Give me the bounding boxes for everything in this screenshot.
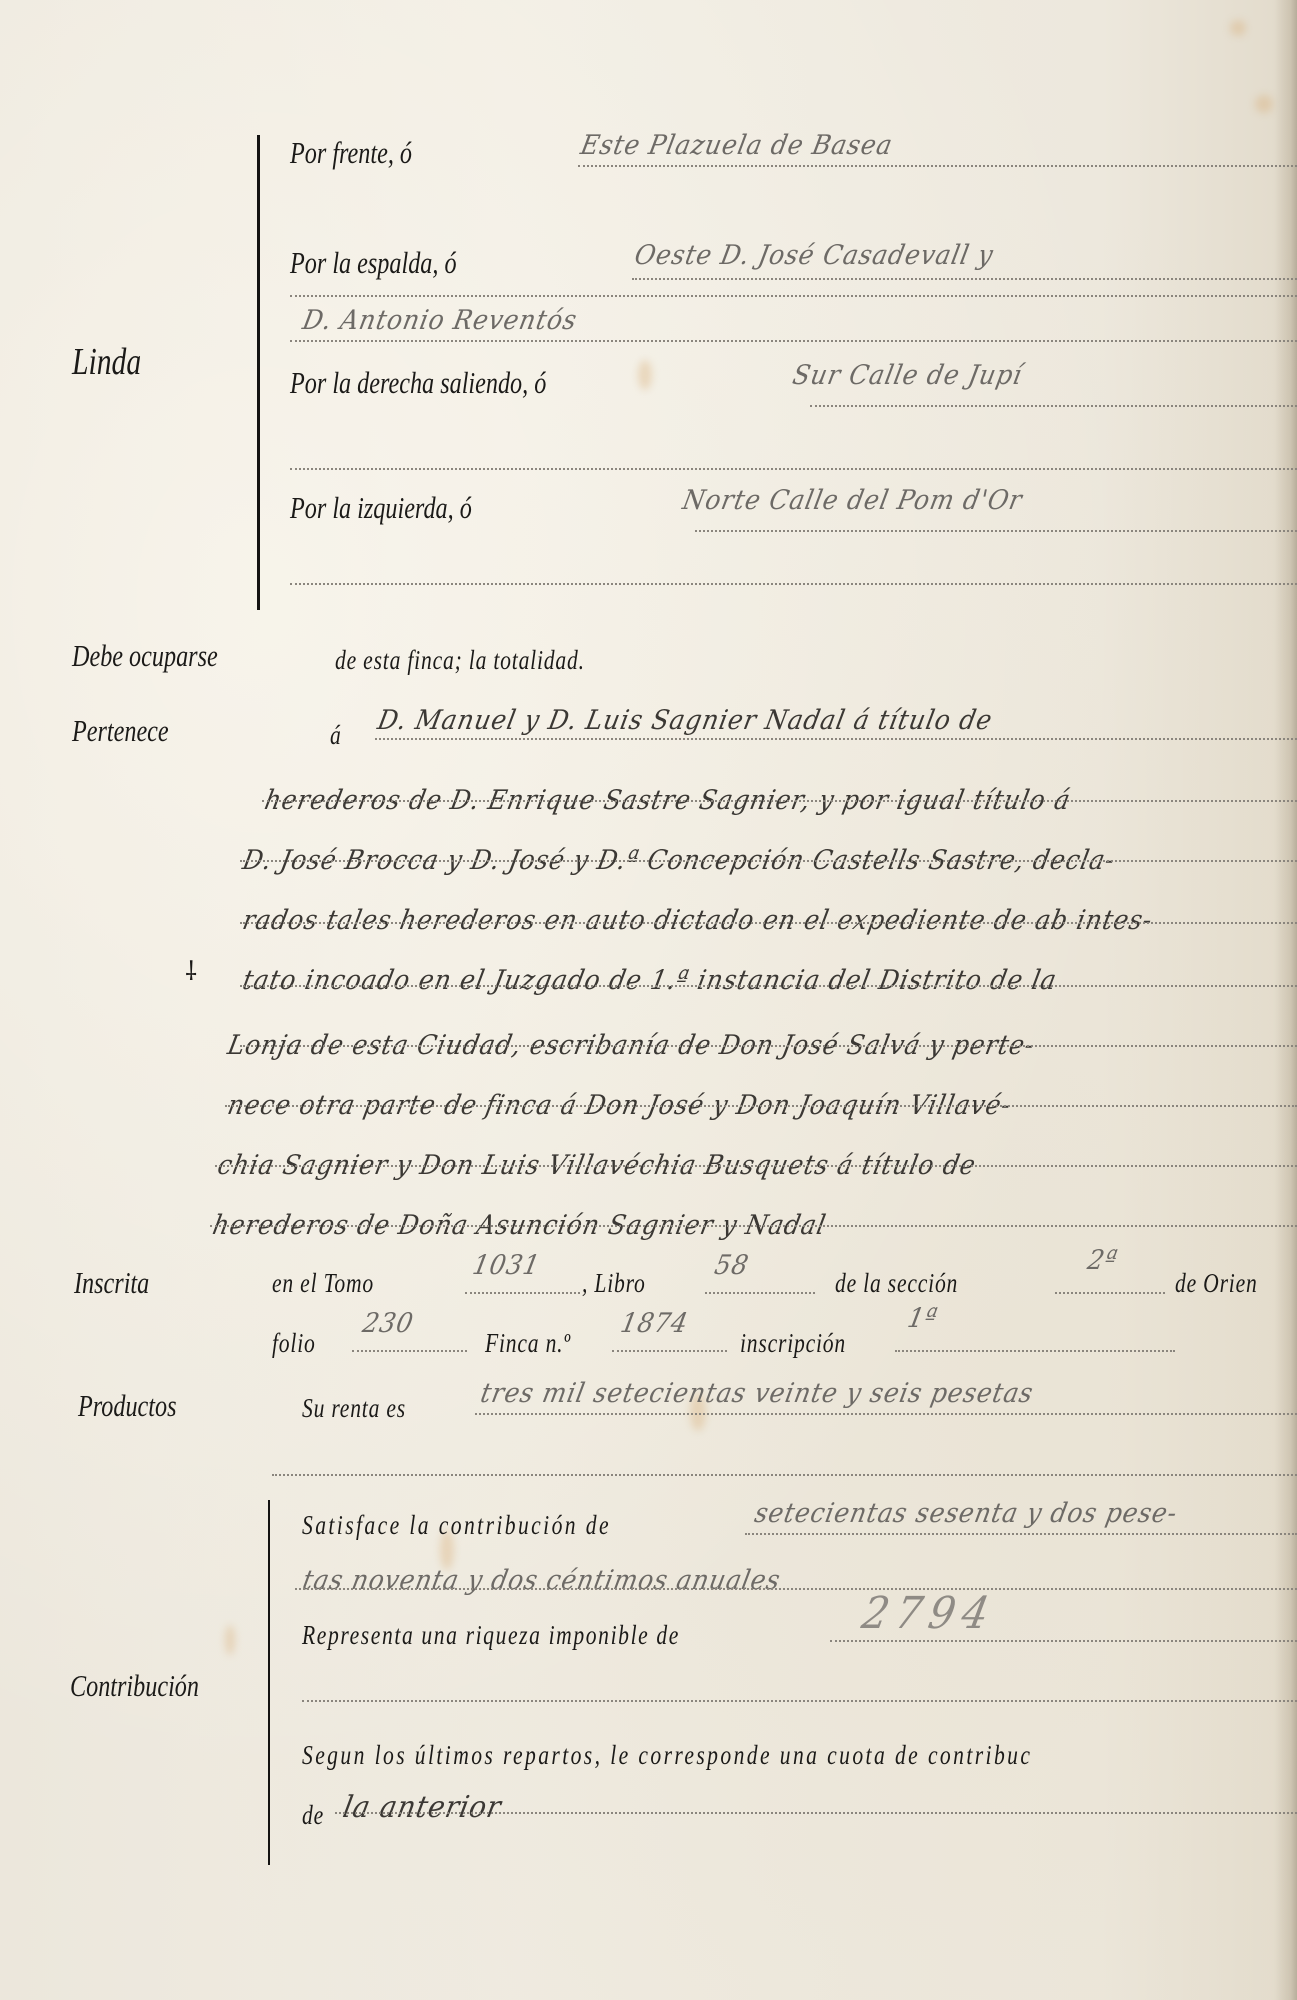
satisface-value-1: setecientas sesenta y dos pese-: [752, 1498, 1180, 1529]
inscrita-label: Inscrita: [74, 1265, 149, 1301]
satisface-value-2: tas noventa y dos céntimos anuales: [300, 1565, 783, 1596]
contribucion-blank-line: [302, 1700, 1297, 1702]
folio-line: [352, 1350, 467, 1352]
derecha-printed: Por la derecha saliendo, ó: [290, 365, 546, 401]
productos-label: Productos: [78, 1388, 177, 1424]
oriente-label: de Orien: [1175, 1268, 1258, 1299]
espalda-handwritten-2: D. Antonio Reventós: [300, 305, 580, 336]
folio-value: 230: [360, 1308, 416, 1339]
age-stain: [1230, 20, 1246, 36]
izquierda-line: [695, 530, 1297, 532]
riqueza-line: [830, 1640, 1297, 1642]
pertenece-line: tato incoado en el Juzgado de 1.ª instan…: [240, 965, 1060, 996]
productos-extra-line: [272, 1474, 1297, 1476]
satisface-line-2: [295, 1588, 1297, 1590]
izquierda-printed: Por la izquierda, ó: [290, 490, 472, 526]
pertenece-rule: [215, 1165, 1297, 1167]
finca-line: [612, 1350, 727, 1352]
izquierda-handwritten: Norte Calle del Pom d'Or: [680, 485, 1025, 516]
renta-label: Su renta es: [302, 1393, 406, 1424]
frente-line: [578, 165, 1297, 167]
debe-ocuparse-text: de esta finca; la totalidad.: [335, 645, 585, 676]
pertenece-line: rados tales herederos en auto dictado en…: [240, 905, 1155, 936]
libro-value: 58: [712, 1250, 752, 1281]
espalda-line-1: [632, 278, 1297, 280]
cuota-value: la anterior: [340, 1790, 505, 1825]
inscripcion-value: 1ª: [905, 1303, 941, 1334]
debe-ocuparse-label: Debe ocuparse: [72, 638, 218, 674]
inscripcion-line: [895, 1350, 1175, 1352]
contribucion-label: Contribución: [70, 1668, 199, 1704]
de-label: de: [302, 1800, 324, 1831]
derecha-handwritten: Sur Calle de Jupí: [790, 360, 1025, 391]
frente-printed: Por frente, ó: [290, 135, 412, 171]
age-stain: [638, 360, 652, 390]
espalda-line-2: [290, 340, 1297, 342]
renta-value: tres mil setecientas veinte y seis peset…: [478, 1378, 1036, 1409]
tomo-line: [465, 1292, 580, 1294]
margin-mark-icon: ⸸: [185, 952, 197, 988]
pertenece-rule: [210, 1225, 1297, 1227]
contribucion-brace: [268, 1500, 270, 1865]
satisface-line-1: [745, 1533, 1297, 1535]
cuota-line: [335, 1812, 1297, 1814]
derecha-line: [810, 405, 1297, 407]
libro-label: , Libro: [582, 1268, 646, 1299]
age-stain: [1255, 95, 1273, 113]
espalda-handwritten-1: Oeste D. José Casadevall y: [632, 240, 996, 271]
pertenece-rule: [262, 800, 1297, 802]
pertenece-rule: [240, 860, 1297, 862]
finca-label: Finca n.º: [485, 1328, 571, 1359]
linda-brace: [257, 135, 260, 610]
libro-line: [705, 1292, 815, 1294]
folio-label: folio: [272, 1328, 316, 1359]
seccion-line: [1055, 1292, 1165, 1294]
segun-label: Segun los últimos repartos, le correspon…: [302, 1740, 1032, 1771]
pertenece-label: Pertenece: [72, 713, 169, 749]
renta-line: [475, 1413, 1297, 1415]
pertenece-rule: [225, 1105, 1297, 1107]
riqueza-label: Representa una riqueza imponible de: [302, 1620, 680, 1651]
pertenece-prefix: á: [330, 720, 342, 751]
derecha-extra-line: [290, 468, 1297, 470]
pertenece-rule: [240, 922, 1297, 924]
frente-handwritten: Este Plazuela de Basea: [578, 130, 895, 161]
satisface-label: Satisface la contribución de: [302, 1510, 611, 1541]
seccion-value: 2ª: [1085, 1245, 1121, 1276]
riqueza-value: 2794: [858, 1588, 1000, 1639]
espalda-printed: Por la espalda, ó: [290, 245, 457, 281]
inscripcion-label: inscripción: [740, 1328, 846, 1359]
finca-value: 1874: [618, 1308, 691, 1339]
izquierda-extra-line: [290, 583, 1297, 585]
pertenece-rule: [240, 1045, 1297, 1047]
pertenece-rule: [240, 985, 1297, 987]
linda-label: Linda: [72, 340, 141, 384]
pertenece-rule: [375, 738, 1297, 740]
seccion-label: de la sección: [835, 1268, 958, 1299]
age-stain: [225, 1625, 235, 1655]
tomo-value: 1031: [470, 1250, 543, 1281]
frente-extra-line: [290, 295, 1297, 297]
pertenece-line: D. Manuel y D. Luis Sagnier Nadal á títu…: [375, 705, 995, 736]
tomo-label: en el Tomo: [272, 1268, 374, 1299]
